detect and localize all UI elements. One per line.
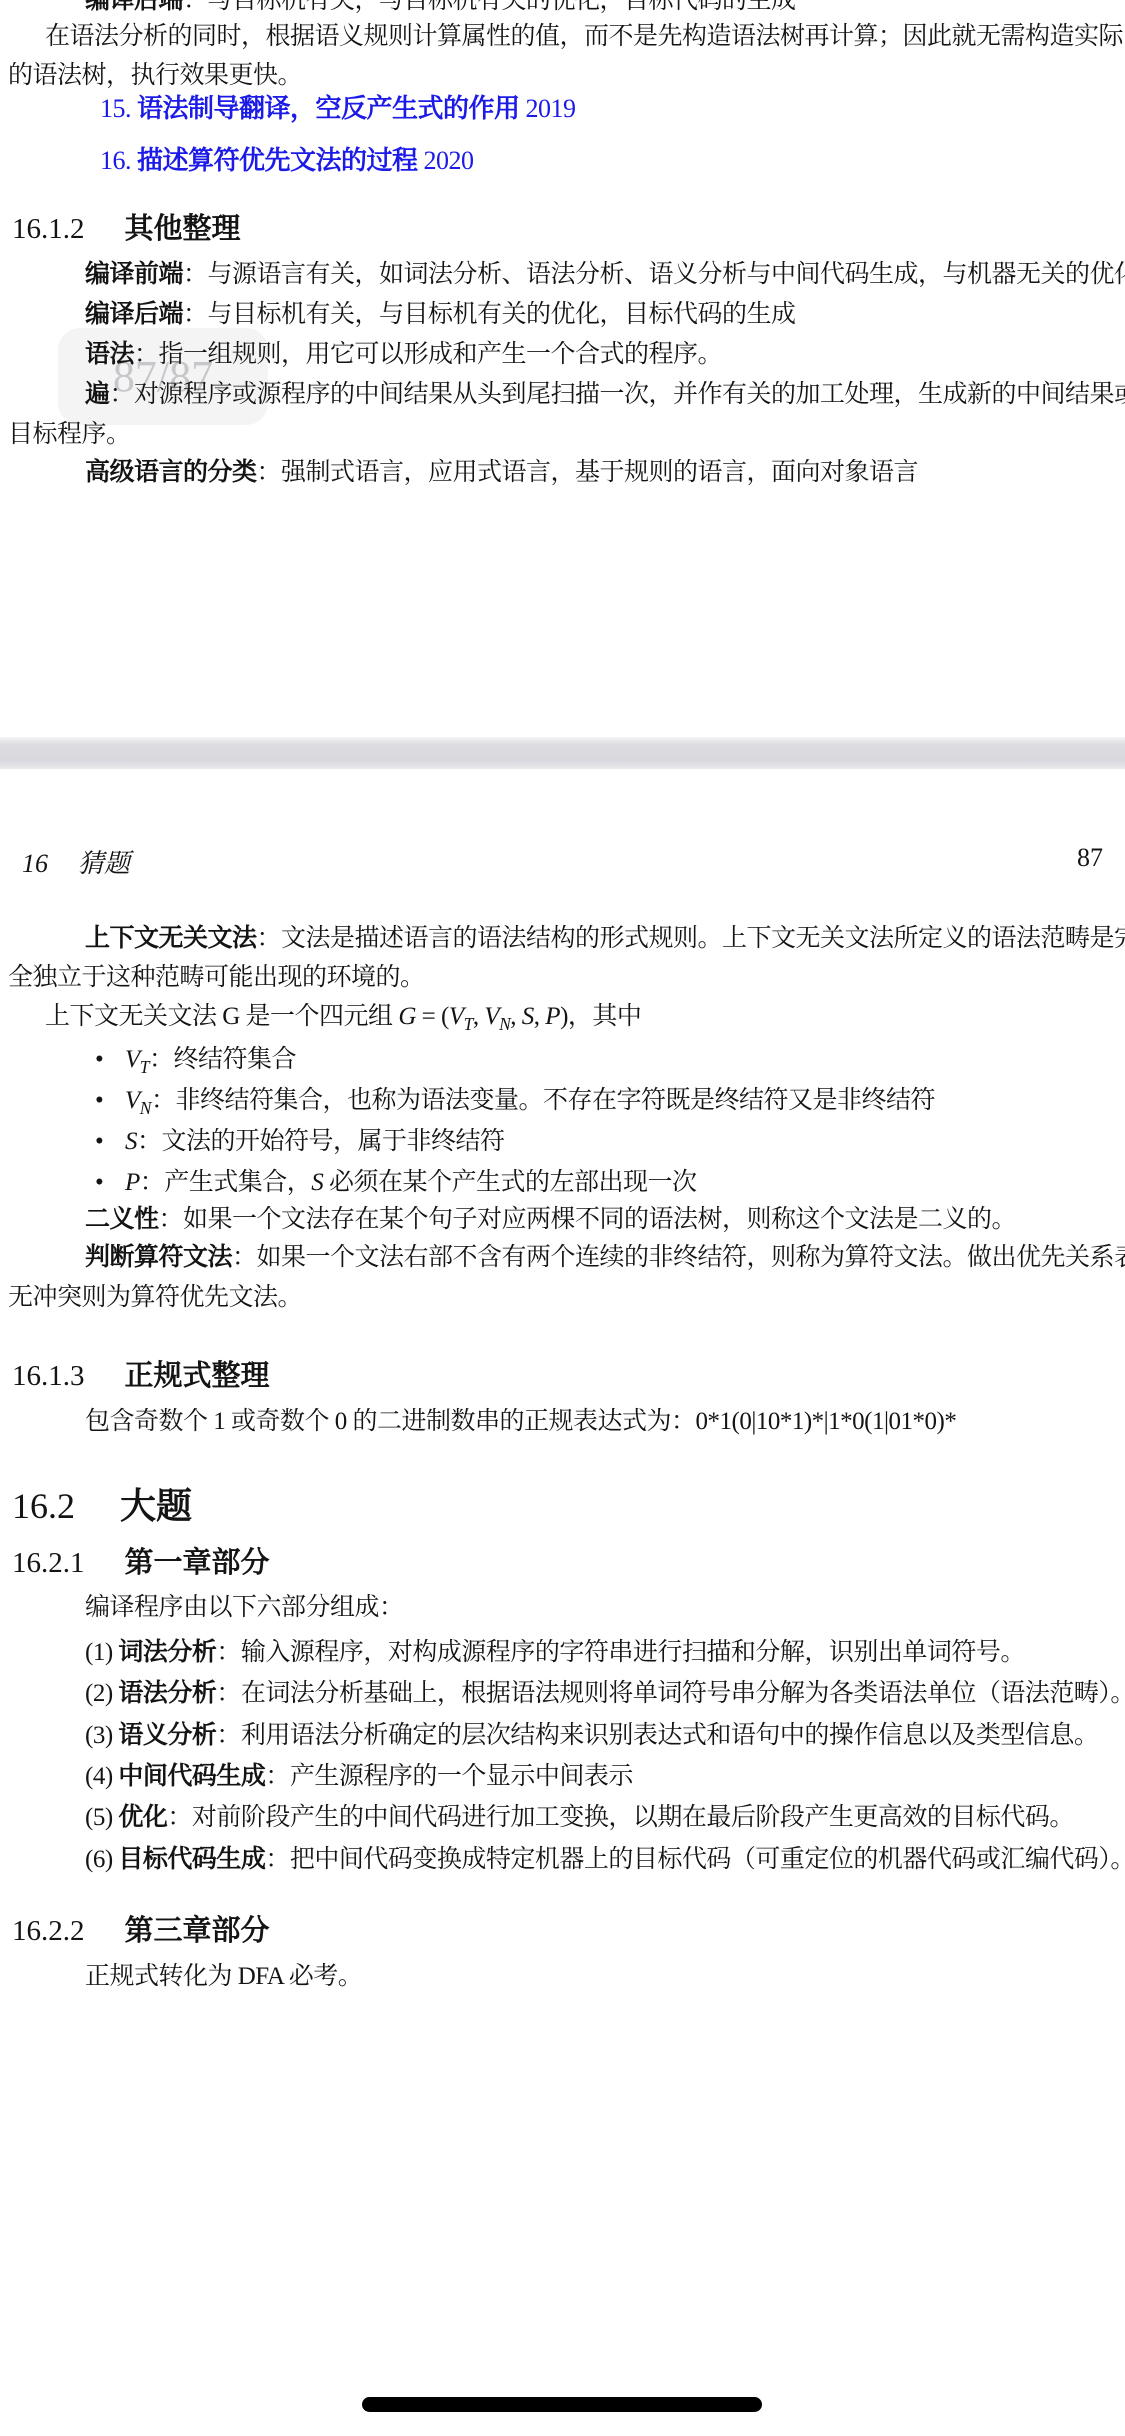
item-number: (3): [85, 1722, 113, 1749]
term-line: 编译前端：与源语言有关，如词法分析、语法分析、语义分析与中间代码生成，与机器无关…: [85, 258, 1125, 292]
item-number: (2): [85, 1680, 113, 1707]
term-label: 目标代码生成: [118, 1846, 265, 1873]
chapter-title: 猜题: [78, 849, 130, 878]
section-title: 第一章部分: [125, 1547, 270, 1579]
section-title: 第三章部分: [125, 1915, 270, 1947]
running-header-left: 16猜题: [22, 843, 130, 880]
term-line: 语法：指一组规则，用它可以形成和产生一个合式的程序。: [85, 338, 722, 372]
term-label: 高级语言的分类: [85, 459, 257, 486]
section-heading-16-1-3: 16.1.3正规式整理: [12, 1353, 270, 1394]
item-number: (4): [85, 1763, 113, 1790]
term-label: 编译前端: [85, 261, 183, 288]
paragraph-line: 在语法分析的同时，根据语义规则计算属性的值，而不是先构造语法树再计算；因此就无需…: [45, 20, 1123, 54]
section-heading-16-2-1: 16.2.1第一章部分: [12, 1540, 270, 1581]
section-title: 其他整理: [125, 213, 241, 245]
paragraph-line: 无冲突则为算符优先文法。: [8, 1281, 302, 1315]
bullet-text: ：非终结符集合，也称为语法变量。不存在字符既是终结符又是非终结符: [151, 1087, 935, 1114]
bullet-text: ：终结符集合: [149, 1046, 296, 1073]
term-label: 编译后端: [85, 0, 183, 14]
section-heading-16-2-2: 16.2.2第三章部分: [12, 1908, 270, 1949]
numbered-item: (5) 优化：对前阶段产生的中间代码进行加工变换，以期在最后阶段产生更高效的目标…: [85, 1801, 1074, 1835]
term-text: ：文法是描述语言的语法结构的形式规则。上下文无关文法所定义的语法范畴是完: [257, 925, 1125, 952]
list-item: •P：产生式集合，S 必须在某个产生式的左部出现一次: [95, 1166, 697, 1200]
item-number: (6): [85, 1846, 113, 1873]
section-number: 16.2: [12, 1486, 75, 1526]
paragraph-line: 编译程序由以下六部分组成：: [85, 1591, 404, 1625]
link-year: 2020: [424, 146, 474, 175]
paragraph-line: 全独立于这种范畴可能出现的环境的。: [8, 961, 425, 995]
paragraph-line-cut: 编译后端：与目标机有关，与目标机有关的优化，目标代码的生成: [85, 0, 796, 18]
bullet-icon: •: [95, 1166, 125, 1200]
term-text: 目标程序。: [8, 421, 131, 448]
math-symbol: VN: [125, 1087, 151, 1114]
link-label: 描述算符优先文法的过程: [137, 146, 418, 175]
math-symbol: VT: [125, 1046, 149, 1073]
term-line: 遍：对源程序或源程序的中间结果从头到尾扫描一次，并作有关的加工处理，生成新的中间…: [85, 378, 1125, 412]
math-symbol: P: [125, 1169, 140, 1196]
item-text: ：对前阶段产生的中间代码进行加工变换，以期在最后阶段产生更高效的目标代码。: [167, 1804, 1074, 1831]
term-line: 编译后端：与目标机有关，与目标机有关的优化，目标代码的生成: [85, 298, 796, 332]
term-line: 上下文无关文法：文法是描述语言的语法结构的形式规则。上下文无关文法所定义的语法范…: [85, 922, 1125, 956]
section-heading-16-1-2: 16.1.2其他整理: [12, 206, 241, 247]
item-text: ：产生源程序的一个显示中间表示: [265, 1763, 633, 1790]
numbered-item: (4) 中间代码生成：产生源程序的一个显示中间表示: [85, 1760, 633, 1794]
term-text: ：与目标机有关，与目标机有关的优化，目标代码的生成: [183, 0, 796, 14]
numbered-item: (1) 词法分析：输入源程序，对构成源程序的字符串进行扫描和分解，识别出单词符号…: [85, 1636, 1025, 1670]
term-label: 中间代码生成: [118, 1763, 265, 1790]
bullet-icon: •: [95, 1043, 125, 1077]
page-number: 87: [1077, 843, 1103, 873]
section-title: 大题: [120, 1486, 192, 1526]
math-symbol: S: [125, 1128, 137, 1155]
section-number: 16.1.2: [12, 213, 85, 245]
home-indicator[interactable]: [362, 2397, 762, 2412]
section-number: 16.1.3: [12, 1360, 85, 1392]
pdf-link-16[interactable]: 16. 描述算符优先文法的过程 2020: [100, 144, 474, 178]
numbered-item: (2) 语法分析：在词法分析基础上，根据语法规则将单词符号串分解为各类语法单位（…: [85, 1677, 1125, 1711]
term-text: ：对源程序或源程序的中间结果从头到尾扫描一次，并作有关的加工处理，生成新的中间结…: [110, 381, 1125, 408]
section-heading-16-2: 16.2大题: [12, 1478, 192, 1529]
page-separator: [0, 737, 1125, 769]
term-label: 语法分析: [118, 1680, 216, 1707]
link-label: 语法制导翻译，空反产生式的作用: [137, 94, 520, 123]
pdf-link-15[interactable]: 15. 语法制导翻译，空反产生式的作用 2019: [100, 92, 576, 126]
term-text: ：与目标机有关，与目标机有关的优化，目标代码的生成: [183, 301, 796, 328]
numbered-item: (6) 目标代码生成：把中间代码变换成特定机器上的目标代码（可重定位的机器代码或…: [85, 1843, 1125, 1877]
item-text: ：利用语法分析确定的层次结构来识别表达式和语句中的操作信息以及类型信息。: [216, 1722, 1098, 1749]
term-label: 上下文无关文法: [85, 925, 257, 952]
term-label: 遍: [85, 381, 110, 408]
list-item: •VT：终结符集合: [95, 1043, 296, 1084]
term-label: 优化: [118, 1804, 167, 1831]
term-text: ：强制式语言，应用式语言，基于规则的语言，面向对象语言: [257, 459, 919, 486]
bullet-text: ：文法的开始符号，属于非终结符: [137, 1128, 505, 1155]
numbered-item: (3) 语义分析：利用语法分析确定的层次结构来识别表达式和语句中的操作信息以及类…: [85, 1719, 1098, 1753]
chapter-number: 16: [22, 849, 48, 878]
link-year: 2019: [526, 94, 576, 123]
list-item: •VN：非终结符集合，也称为语法变量。不存在字符既是终结符又是非终结符: [95, 1084, 935, 1125]
bullet-icon: •: [95, 1084, 125, 1118]
term-text: ：如果一个文法存在某个句子对应两棵不同的语法树，则称这个文法是二义的。: [159, 1206, 1017, 1233]
regex-line: 包含奇数个 1 或奇数个 0 的二进制数串的正规表达式为：0*1(0|10*1)…: [85, 1405, 956, 1439]
term-text: ：与源语言有关，如词法分析、语法分析、语义分析与中间代码生成，与机器无关的优化。: [183, 261, 1125, 288]
term-line: 二义性：如果一个文法存在某个句子对应两棵不同的语法树，则称这个文法是二义的。: [85, 1203, 1016, 1237]
term-text: ：如果一个文法右部不含有两个连续的非终结符，则称为算符文法。做出优先关系表，: [232, 1244, 1125, 1271]
term-text: ：指一组规则，用它可以形成和产生一个合式的程序。: [134, 341, 722, 368]
item-text: ：输入源程序，对构成源程序的字符串进行扫描和分解，识别出单词符号。: [216, 1639, 1025, 1666]
section-number: 16.2.1: [12, 1547, 85, 1579]
formula-line: 上下文无关文法 G 是一个四元组 G = (VT, VN, S, P)，其中: [45, 1000, 641, 1041]
item-number: (5): [85, 1804, 113, 1831]
paragraph-line: 的语法树，执行效果更快。: [8, 59, 302, 93]
section-number: 16.2.2: [12, 1915, 85, 1947]
item-number: (1): [85, 1639, 113, 1666]
section-title: 正规式整理: [125, 1360, 270, 1392]
term-line: 高级语言的分类：强制式语言，应用式语言，基于规则的语言，面向对象语言: [85, 456, 918, 490]
term-line-continuation: 目标程序。: [8, 418, 131, 452]
bullet-text: ：产生式集合，S 必须在某个产生式的左部出现一次: [140, 1169, 697, 1196]
term-label: 判断算符文法: [85, 1244, 232, 1271]
item-text: ：把中间代码变换成特定机器上的目标代码（可重定位的机器代码或汇编代码）。: [265, 1846, 1125, 1873]
paragraph-line: 正规式转化为 DFA 必考。: [85, 1960, 362, 1994]
term-label: 二义性: [85, 1206, 159, 1233]
pdf-viewer[interactable]: 编译后端：与目标机有关，与目标机有关的优化，目标代码的生成 在语法分析的同时，根…: [0, 0, 1125, 2436]
link-number: 16.: [100, 146, 131, 175]
term-label: 词法分析: [118, 1639, 216, 1666]
list-item: •S：文法的开始符号，属于非终结符: [95, 1125, 505, 1159]
bullet-icon: •: [95, 1125, 125, 1159]
link-number: 15.: [100, 94, 131, 123]
term-label: 语义分析: [118, 1722, 216, 1749]
term-label: 语法: [85, 341, 134, 368]
term-line: 判断算符文法：如果一个文法右部不含有两个连续的非终结符，则称为算符文法。做出优先…: [85, 1241, 1125, 1275]
term-label: 编译后端: [85, 301, 183, 328]
item-text: ：在词法分析基础上，根据语法规则将单词符号串分解为各类语法单位（语法范畴）。: [216, 1680, 1125, 1707]
running-header: 16猜题 87: [0, 843, 1125, 879]
